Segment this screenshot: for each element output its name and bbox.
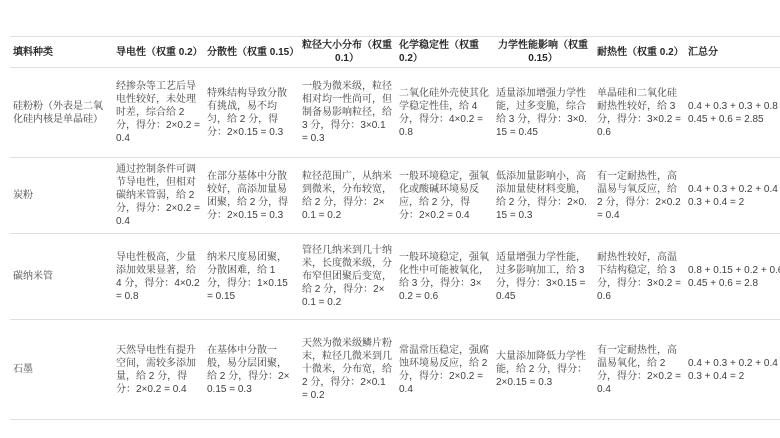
column-header: 力学性能影响（权重 0.15）	[493, 37, 594, 68]
table-body: 硅粉粉（外表是二氧化硅内核是单晶硅）经掺杂等工艺后导电性较好，未处理时差，综合给…	[10, 68, 780, 420]
score-cell: 天然为微米级鳞片粉末，粒径几微米到几十微米，分布宽，给 2 分，得分：2×0.1…	[299, 320, 396, 420]
score-cell: 二氧化硅外壳使其化学稳定性佳，给 4 分，得分：4×0.2 = 0.8	[396, 68, 493, 158]
filler-name-cell: 硅粉粉（外表是二氧化硅内核是单晶硅）	[10, 68, 113, 158]
score-cell: 常温常压稳定，强腐蚀环境易反应，给 2 分，得分：2×0.2 = 0.4	[396, 320, 493, 420]
filler-name-cell: 碳纳米管	[10, 234, 113, 320]
column-header: 导电性（权重 0.2）	[113, 37, 204, 68]
column-header: 填料种类	[10, 37, 113, 68]
table-row: 炭粉通过控制条件可调节导电性，但相对碳纳米管弱，给 2 分，得分：2×0.2 =…	[10, 158, 780, 234]
score-cell: 管径几纳米到几十纳米，长度微米级，分布窄但团聚后变宽，给 2 分，得分：2×0.…	[299, 234, 396, 320]
score-cell: 有一定耐热性，高温易与氧反应，给 2 分，得分：2×0.2 = 0.4	[594, 158, 685, 234]
score-cell: 0.4 + 0.3 + 0.2 + 0.4 + 0.3 + 0.4 = 2	[685, 158, 780, 234]
score-cell: 一般环境稳定，强氧化或酸碱环境易反应，给 2 分，得分：2×0.2 = 0.4	[396, 158, 493, 234]
table-row: 硅粉粉（外表是二氧化硅内核是单晶硅）经掺杂等工艺后导电性较好，未处理时差，综合给…	[10, 68, 780, 158]
score-cell: 一般环境稳定，强氧化性中可能被氧化，给 3 分，得分：3×0.2 = 0.6	[396, 234, 493, 320]
score-cell: 经掺杂等工艺后导电性较好，未处理时差，综合给 2 分，得分：2×0.2 = 0.…	[113, 68, 204, 158]
score-cell: 在基体中分散一般，易分层团聚，给 2 分，得分：2×0.15 = 0.3	[204, 320, 299, 420]
score-cell: 粒径范围广，从纳米到微米，分布较宽，给 2 分，得分：2×0.1 = 0.2	[299, 158, 396, 234]
score-cell: 低添加量影响小，高添加量使材料变脆，给 2 分，得分：2×0.15 = 0.3	[493, 158, 594, 234]
score-cell: 特殊结构导致分散有挑战，易不均匀，给 2 分，得分：2×0.15 = 0.3	[204, 68, 299, 158]
score-cell: 适量添加增强力学性能，过多变脆，综合给 3 分，得分：3×0.15 = 0.45	[493, 68, 594, 158]
filler-name-cell: 石墨	[10, 320, 113, 420]
header-row: 填料种类导电性（权重 0.2）分散性（权重 0.15）粒径大小分布（权重 0.1…	[10, 37, 780, 68]
score-cell: 导电性极高，少量添加效果显著，给 4 分，得分：4×0.2 = 0.8	[113, 234, 204, 320]
score-cell: 天然导电性有提升空间，需较多添加量，给 2 分，得分：2×0.2 = 0.4	[113, 320, 204, 420]
column-header: 耐热性（权重 0.2）	[594, 37, 685, 68]
score-cell: 纳米尺度易团聚，分散困难，给 1 分，得分：1×0.15 = 0.15	[204, 234, 299, 320]
table-row: 碳纳米管导电性极高，少量添加效果显著，给 4 分，得分：4×0.2 = 0.8纳…	[10, 234, 780, 320]
filler-comparison-table: 填料种类导电性（权重 0.2）分散性（权重 0.15）粒径大小分布（权重 0.1…	[10, 36, 780, 420]
score-cell: 在部分基体中分散较好，高添加量易团聚，给 2 分，得分：2×0.15 = 0.3	[204, 158, 299, 234]
score-cell: 0.8 + 0.15 + 0.2 + 0.6 + 0.45 + 0.6 = 2.…	[685, 234, 780, 320]
score-cell: 一般为微米级，粒径相对均一性尚可，但制备易影响粒径，给 3 分，得分：3×0.1…	[299, 68, 396, 158]
filler-name-cell: 炭粉	[10, 158, 113, 234]
score-cell: 适量增强力学性能，过多影响加工，给 3 分，得分：3×0.15 = 0.45	[493, 234, 594, 320]
table-row: 石墨天然导电性有提升空间，需较多添加量，给 2 分，得分：2×0.2 = 0.4…	[10, 320, 780, 420]
score-cell: 耐热性较好，高温下结构稳定，给 3 分，得分：3×0.2 = 0.6	[594, 234, 685, 320]
column-header: 粒径大小分布（权重 0.1）	[299, 37, 396, 68]
score-cell: 通过控制条件可调节导电性，但相对碳纳米管弱，给 2 分，得分：2×0.2 = 0…	[113, 158, 204, 234]
score-cell: 0.4 + 0.3 + 0.3 + 0.8 + 0.45 + 0.6 = 2.8…	[685, 68, 780, 158]
column-header: 化学稳定性（权重 0.2）	[396, 37, 493, 68]
score-cell: 单晶硅和二氧化硅耐热性较好，给 3 分，得分：3×0.2 = 0.6	[594, 68, 685, 158]
document-page: 填料种类导电性（权重 0.2）分散性（权重 0.15）粒径大小分布（权重 0.1…	[0, 0, 780, 438]
column-header: 汇总分	[685, 37, 780, 68]
score-cell: 有一定耐热性，高温易氧化，给 2 分，得分：2×0.2 = 0.4	[594, 320, 685, 420]
score-cell: 大量添加降低力学性能，给 2 分，得分：2×0.15 = 0.3	[493, 320, 594, 420]
column-header: 分散性（权重 0.15）	[204, 37, 299, 68]
score-cell: 0.4 + 0.3 + 0.2 + 0.4 + 0.3 + 0.4 = 2	[685, 320, 780, 420]
